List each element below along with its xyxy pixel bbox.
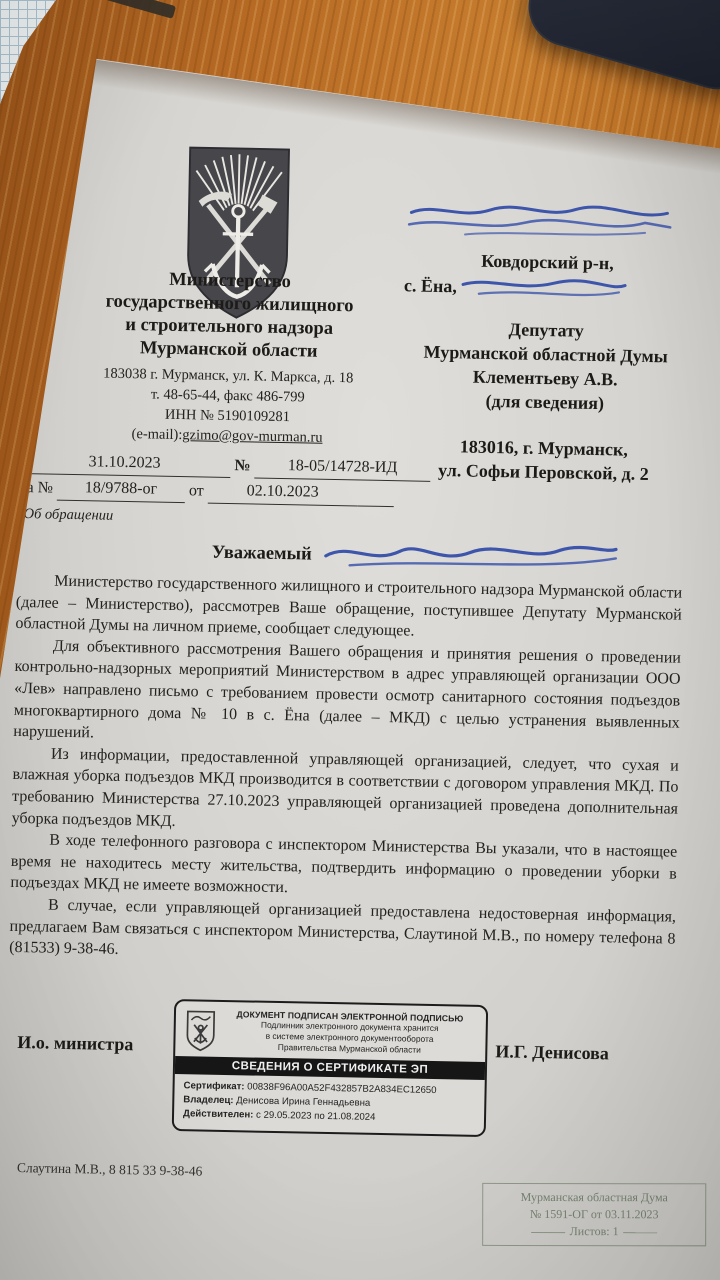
incoming-date: 02.10.2023 xyxy=(208,478,358,507)
salutation-text: Уважаемый xyxy=(212,542,312,565)
regstamp-sheets-row: Листов: 1 xyxy=(487,1223,701,1240)
owner-value: Денисова Ирина Геннадьевна xyxy=(236,1095,370,1109)
body-paragraph: В случае, если управляющей организацией … xyxy=(9,894,676,972)
electronic-signature-stamp: ДОКУМЕНТ ПОДПИСАН ЭЛЕКТРОННОЙ ПОДПИСЬЮ П… xyxy=(172,999,488,1137)
valid-label: Действителен: xyxy=(183,1108,254,1120)
addressee-block: Ковдорский р-н, с. Ёна, Депутату Мурманс… xyxy=(400,199,691,486)
ministry-email: gzimo@gov-murman.ru xyxy=(182,427,322,446)
small-coat-of-arms-icon xyxy=(184,1009,217,1052)
regstamp-number: № 1591-ОГ от 03.11.2023 xyxy=(487,1206,701,1223)
letter-sheet: Министерство государственного жилищного … xyxy=(0,0,720,1280)
ink-redaction-scribble xyxy=(405,199,676,246)
regstamp-sheets: Листов: 1 xyxy=(570,1224,619,1238)
esign-header: ДОКУМЕНТ ПОДПИСАН ЭЛЕКТРОННОЙ ПОДПИСЬЮ П… xyxy=(184,1008,477,1057)
esign-certificate-band: СВЕДЕНИЯ О СЕРТИФИКАТЕ ЭП xyxy=(175,1056,485,1080)
body-paragraph: Из информации, предоставленной управляющ… xyxy=(12,743,680,842)
addressee-village: с. Ёна, xyxy=(404,273,457,298)
cert-value: 00838F96A00A52F432857B2A834EC12650 xyxy=(247,1081,437,1096)
esign-text-block: ДОКУМЕНТ ПОДПИСАН ЭЛЕКТРОННОЙ ПОДПИСЬЮ П… xyxy=(222,1009,477,1057)
body-paragraph: Для объективного рассмотрения Вашего обр… xyxy=(13,635,681,756)
cert-label: Сертификат: xyxy=(184,1080,245,1092)
recipient-postal-street: ул. Софьи Перовской, д. 2 xyxy=(400,457,686,486)
ink-redaction-scribble xyxy=(459,272,630,303)
signer-name: И.Г. Денисова xyxy=(495,1041,609,1064)
regstamp-org: Мурманская областная Дума xyxy=(487,1189,701,1206)
ink-redaction-scribble xyxy=(319,538,620,578)
ministry-name-block: Министерство государственного жилищного … xyxy=(21,266,439,366)
outgoing-date: 31.10.2023 xyxy=(18,448,230,478)
signer-position: И.о. министра xyxy=(17,1032,133,1055)
letter-body: Министерство государственного жилищного … xyxy=(9,570,682,971)
letter-content: Министерство государственного жилищного … xyxy=(3,74,694,1267)
email-prefix: (e-mail): xyxy=(131,426,182,443)
blank-line xyxy=(357,505,393,507)
photo-of-document: Министерство государственного жилищного … xyxy=(0,0,720,1280)
ministry-contacts-block: 183038 г. Мурманск, ул. К. Маркса, д. 18… xyxy=(19,362,436,450)
incoming-number: 18/9788-ог xyxy=(57,475,185,503)
executor-contact: Слаутина М.В., 8 815 33 9-38-46 xyxy=(17,1160,203,1180)
stamp-line xyxy=(624,1232,658,1233)
valid-value: с 29.05.2023 по 21.08.2024 xyxy=(256,1110,376,1123)
salutation-row: Уважаемый xyxy=(212,536,653,578)
owner-label: Владелец: xyxy=(183,1094,233,1106)
duma-registration-stamp: Мурманская областная Дума № 1591-ОГ от 0… xyxy=(482,1183,706,1246)
incoming-from-label: от xyxy=(189,482,204,499)
reference-lines: 31.10.2023 № 18-05/14728-ИД на № 18/9788… xyxy=(18,448,439,508)
number-sign: № xyxy=(234,457,250,474)
subject-line: Об обращении xyxy=(23,506,113,525)
stamp-line xyxy=(531,1232,565,1233)
